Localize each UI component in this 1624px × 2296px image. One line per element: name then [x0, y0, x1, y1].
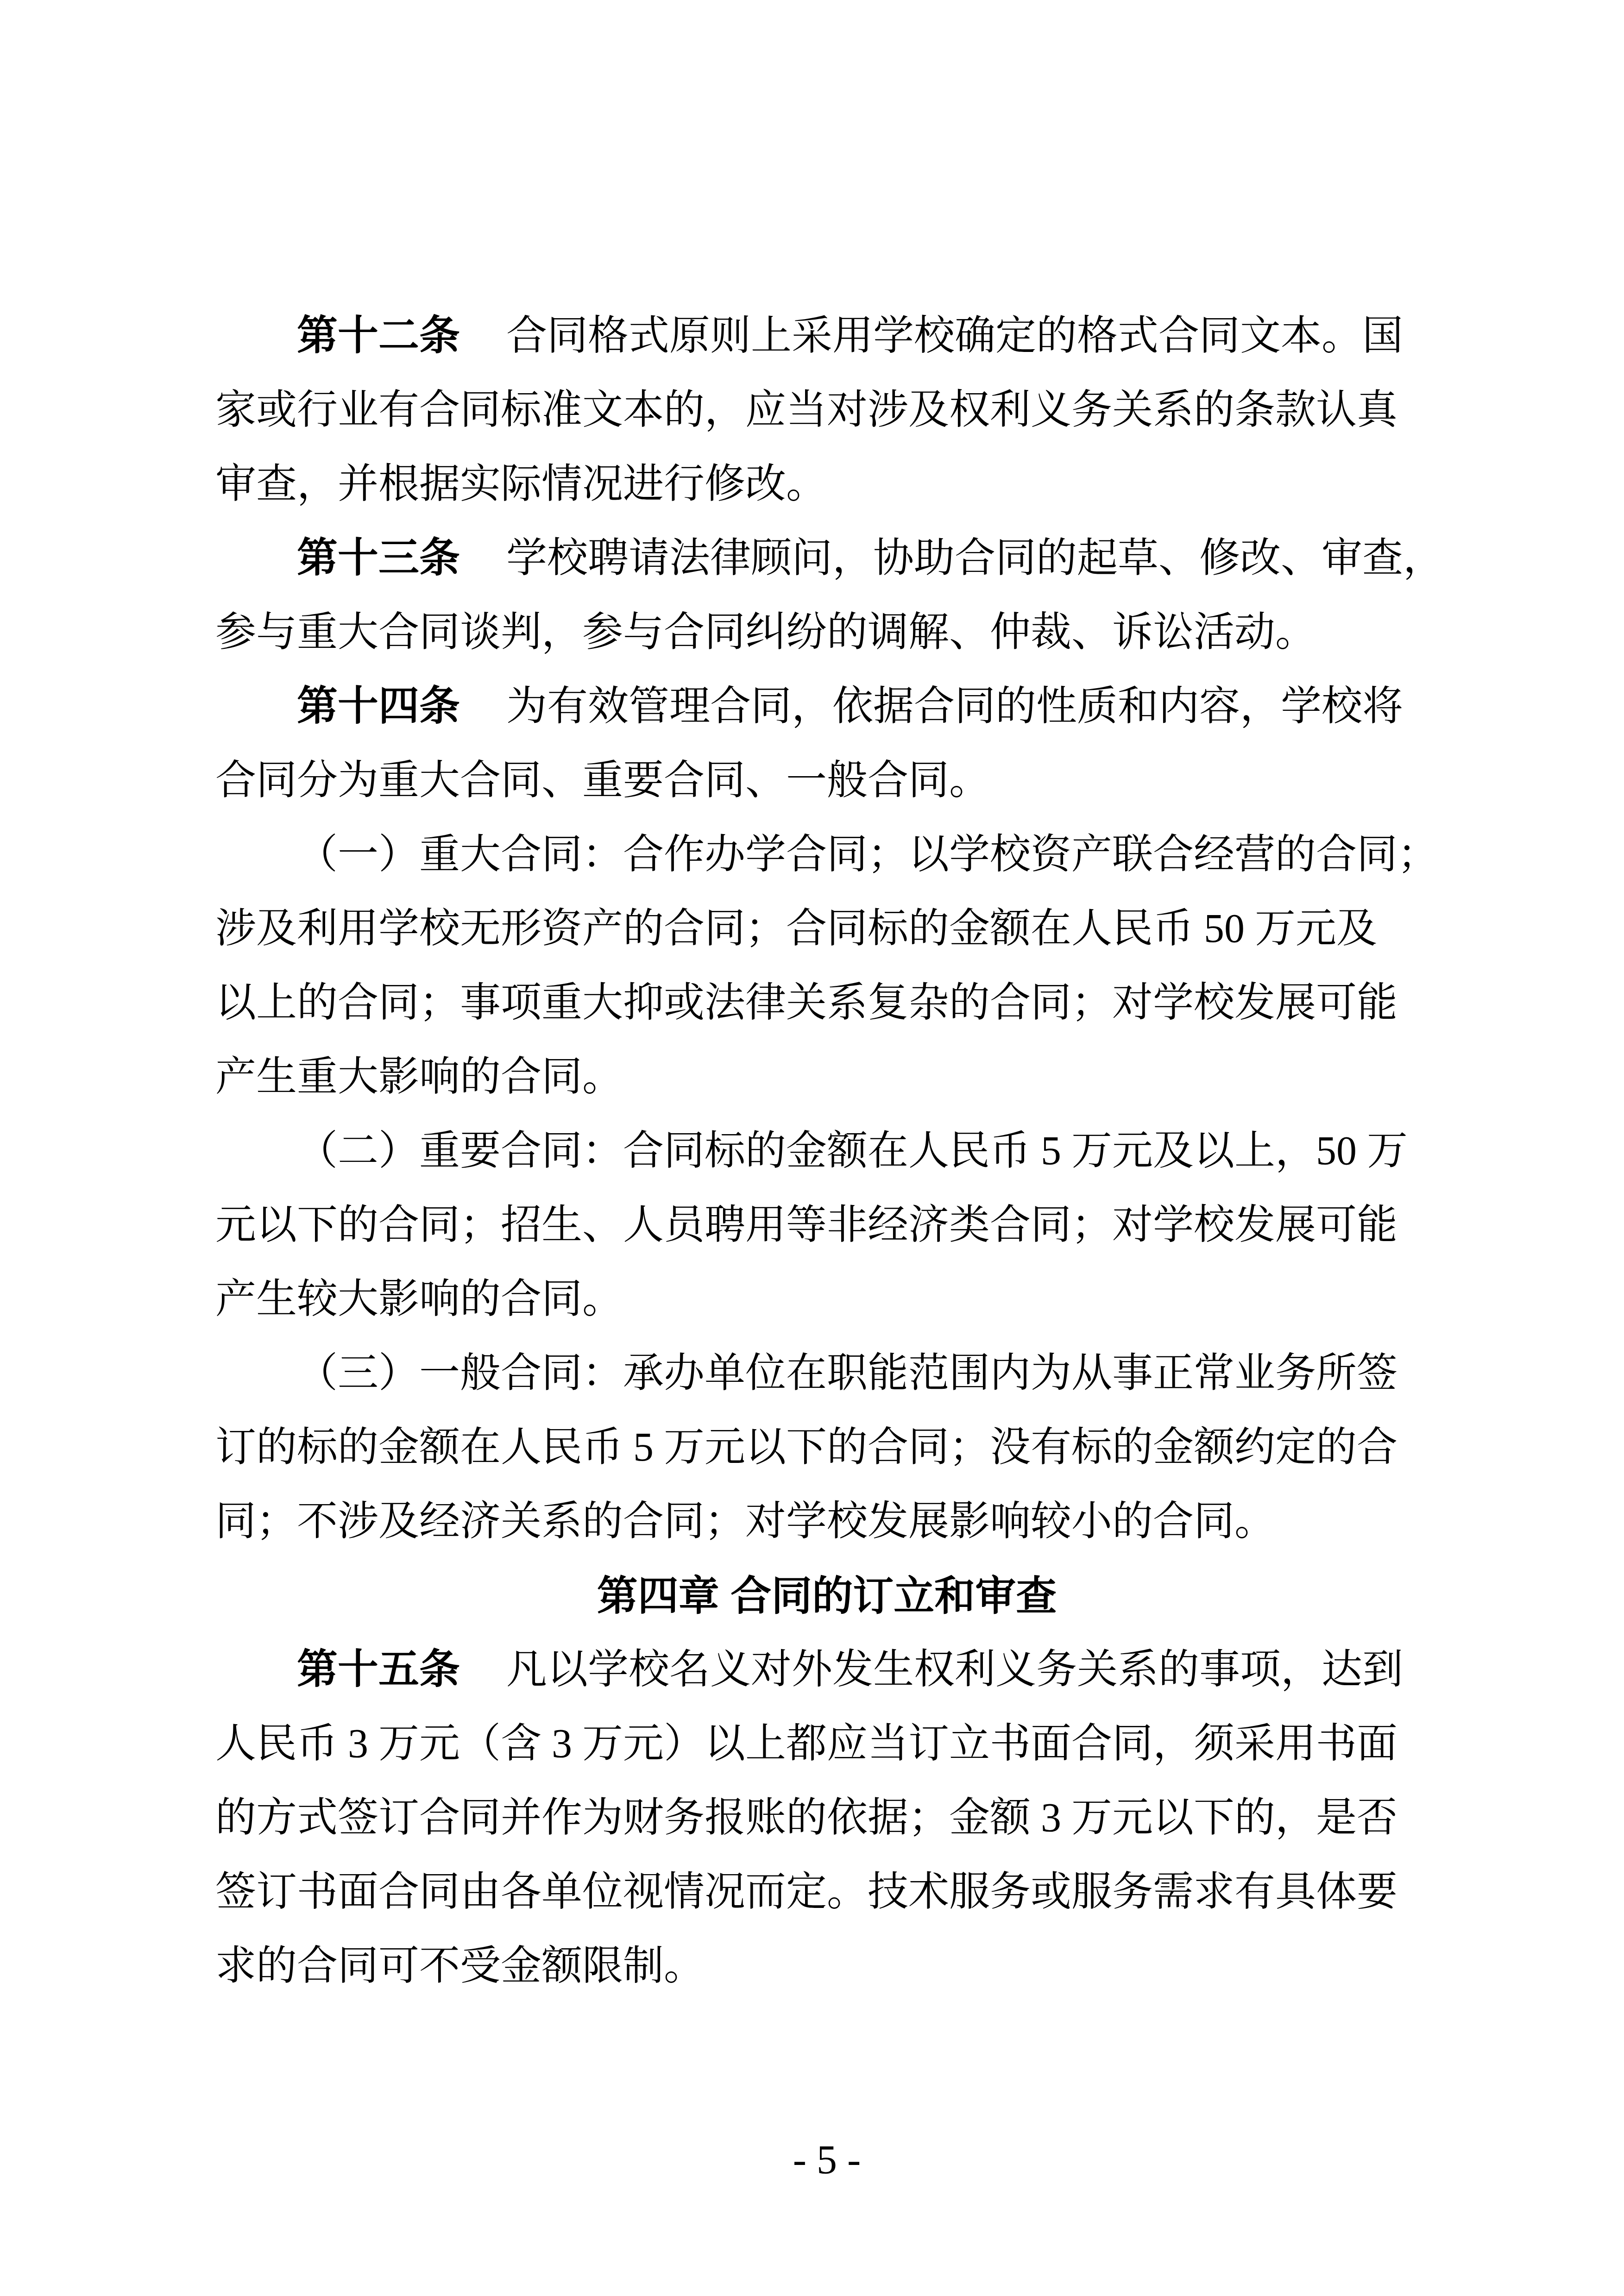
paragraph-first-line: （三）一般合同：承办单位在职能范围内为从事正常业务所签	[215, 1336, 1438, 1411]
text-line: 人民币 3 万元（含 3 万元）以上都应当订立书面合同，须采用书面	[215, 1707, 1438, 1781]
text-line: 签订书面合同由各单位视情况而定。技术服务或服务需求有具体要	[215, 1855, 1438, 1929]
text-line: 的方式签订合同并作为财务报账的依据；金额 3 万元以下的，是否	[215, 1781, 1438, 1855]
document-page: 第十二条合同格式原则上采用学校确定的格式合同文本。国家或行业有合同标准文本的，应…	[0, 0, 1624, 2296]
text-line: 家或行业有合同标准文本的，应当对涉及权利义务关系的条款认真	[215, 373, 1438, 447]
text-line: 元以下的合同；招生、人员聘用等非经济类合同；对学校发展可能	[215, 1188, 1438, 1262]
article-number-label: 第十五条	[297, 1647, 460, 1692]
text-line: 参与重大合同谈判，参与合同纠纷的调解、仲裁、诉讼活动。	[215, 596, 1438, 670]
paragraph-first-line: 第十二条合同格式原则上采用学校确定的格式合同文本。国	[215, 299, 1438, 373]
text-line: 以上的合同；事项重大抑或法律关系复杂的合同；对学校发展可能	[215, 966, 1438, 1040]
article-number-label: 第十二条	[297, 314, 460, 358]
text-line: 同；不涉及经济关系的合同；对学校发展影响较小的合同。	[215, 1485, 1438, 1559]
chapter-heading: 第四章 合同的订立和审查	[215, 1559, 1438, 1633]
text-line: 订的标的金额在人民币 5 万元以下的合同；没有标的金额约定的合	[215, 1411, 1438, 1485]
paragraph-first-line: 第十四条为有效管理合同，依据合同的性质和内容，学校将	[215, 670, 1438, 744]
article-number-label: 第十三条	[297, 536, 460, 581]
text-line: 求的合同可不受金额限制。	[215, 1929, 1438, 2003]
article-number-label: 第十四条	[297, 684, 460, 729]
text-line: 产生重大影响的合同。	[215, 1040, 1438, 1114]
text-line: 审查，并根据实际情况进行修改。	[215, 447, 1438, 521]
paragraph-first-line: 第十三条学校聘请法律顾问，协助合同的起草、修改、审查，	[215, 521, 1438, 596]
document-body: 第十二条合同格式原则上采用学校确定的格式合同文本。国家或行业有合同标准文本的，应…	[215, 299, 1438, 2003]
paragraph-first-line: 第十五条凡以学校名义对外发生权利义务关系的事项，达到	[215, 1633, 1438, 1707]
paragraph-first-line: （一）重大合同：合作办学合同；以学校资产联合经营的合同；	[215, 818, 1438, 892]
text-line: 产生较大影响的合同。	[215, 1262, 1438, 1336]
text-line: 涉及利用学校无形资产的合同；合同标的金额在人民币 50 万元及	[215, 892, 1438, 966]
page-number: - 5 -	[215, 2135, 1438, 2186]
paragraph-first-line: （二）重要合同：合同标的金额在人民币 5 万元及以上，50 万	[215, 1114, 1438, 1188]
text-line: 合同分为重大合同、重要合同、一般合同。	[215, 744, 1438, 818]
